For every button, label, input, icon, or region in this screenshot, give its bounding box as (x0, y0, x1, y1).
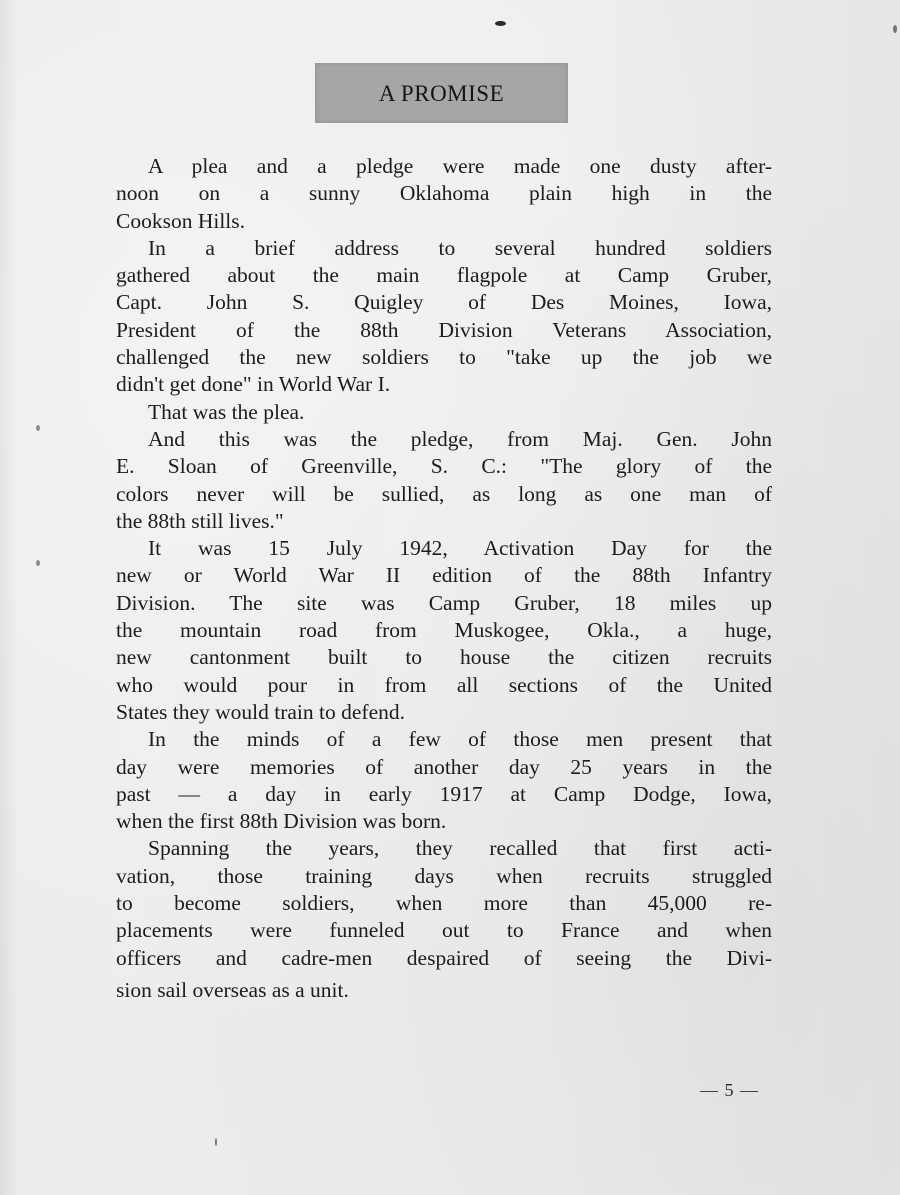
text-line: It was 15 July 1942, Activation Day for … (116, 535, 772, 562)
title-banner: A PROMISE (315, 63, 568, 123)
text-line: In a brief address to several hundred so… (116, 235, 772, 262)
text-line: noon on a sunny Oklahoma plain high in t… (116, 180, 772, 207)
text-line: gathered about the main flagpole at Camp… (116, 262, 772, 289)
scan-speck (893, 25, 897, 33)
body-text: A plea and a pledge were made one dusty … (116, 153, 772, 1004)
text-line: E. Sloan of Greenville, S. C.: "The glor… (116, 453, 772, 480)
text-line: officers and cadre-men despaired of seei… (116, 945, 772, 972)
page-title: A PROMISE (379, 81, 504, 107)
document-page: A PROMISE A plea and a pledge were made … (0, 0, 900, 1195)
scan-speck (36, 425, 40, 431)
text-line: new cantonment built to house the citize… (116, 644, 772, 671)
text-line: to become soldiers, when more than 45,00… (116, 890, 772, 917)
scan-speck (36, 560, 40, 566)
text-line: who would pour in from all sections of t… (116, 672, 772, 699)
text-line: President of the 88th Division Veterans … (116, 317, 772, 344)
text-line: didn't get done" in World War I. (116, 371, 772, 398)
text-line: past — a day in early 1917 at Camp Dodge… (116, 781, 772, 808)
page-number: — 5 — (700, 1080, 759, 1101)
text-line: Division. The site was Camp Gruber, 18 m… (116, 590, 772, 617)
text-line: new or World War II edition of the 88th … (116, 562, 772, 589)
text-line: day were memories of another day 25 year… (116, 754, 772, 781)
text-line: That was the plea. (116, 399, 772, 426)
text-line: Cookson Hills. (116, 208, 772, 235)
text-line: when the first 88th Division was born. (116, 808, 772, 835)
text-line: Capt. John S. Quigley of Des Moines, Iow… (116, 289, 772, 316)
text-line: placements were funneled out to France a… (116, 917, 772, 944)
text-line: the 88th still lives." (116, 508, 772, 535)
text-line: In the minds of a few of those men prese… (116, 726, 772, 753)
scan-speck (215, 1138, 217, 1146)
text-line: challenged the new soldiers to "take up … (116, 344, 772, 371)
text-line: Spanning the years, they recalled that f… (116, 835, 772, 862)
text-line: States they would train to defend. (116, 699, 772, 726)
text-line: colors never will be sullied, as long as… (116, 481, 772, 508)
scan-speck (495, 21, 506, 26)
text-line: sion sail overseas as a unit. (116, 977, 772, 1004)
text-line: the mountain road from Muskogee, Okla., … (116, 617, 772, 644)
text-line: vation, those training days when recruit… (116, 863, 772, 890)
text-line: A plea and a pledge were made one dusty … (116, 153, 772, 180)
text-line: And this was the pledge, from Maj. Gen. … (116, 426, 772, 453)
